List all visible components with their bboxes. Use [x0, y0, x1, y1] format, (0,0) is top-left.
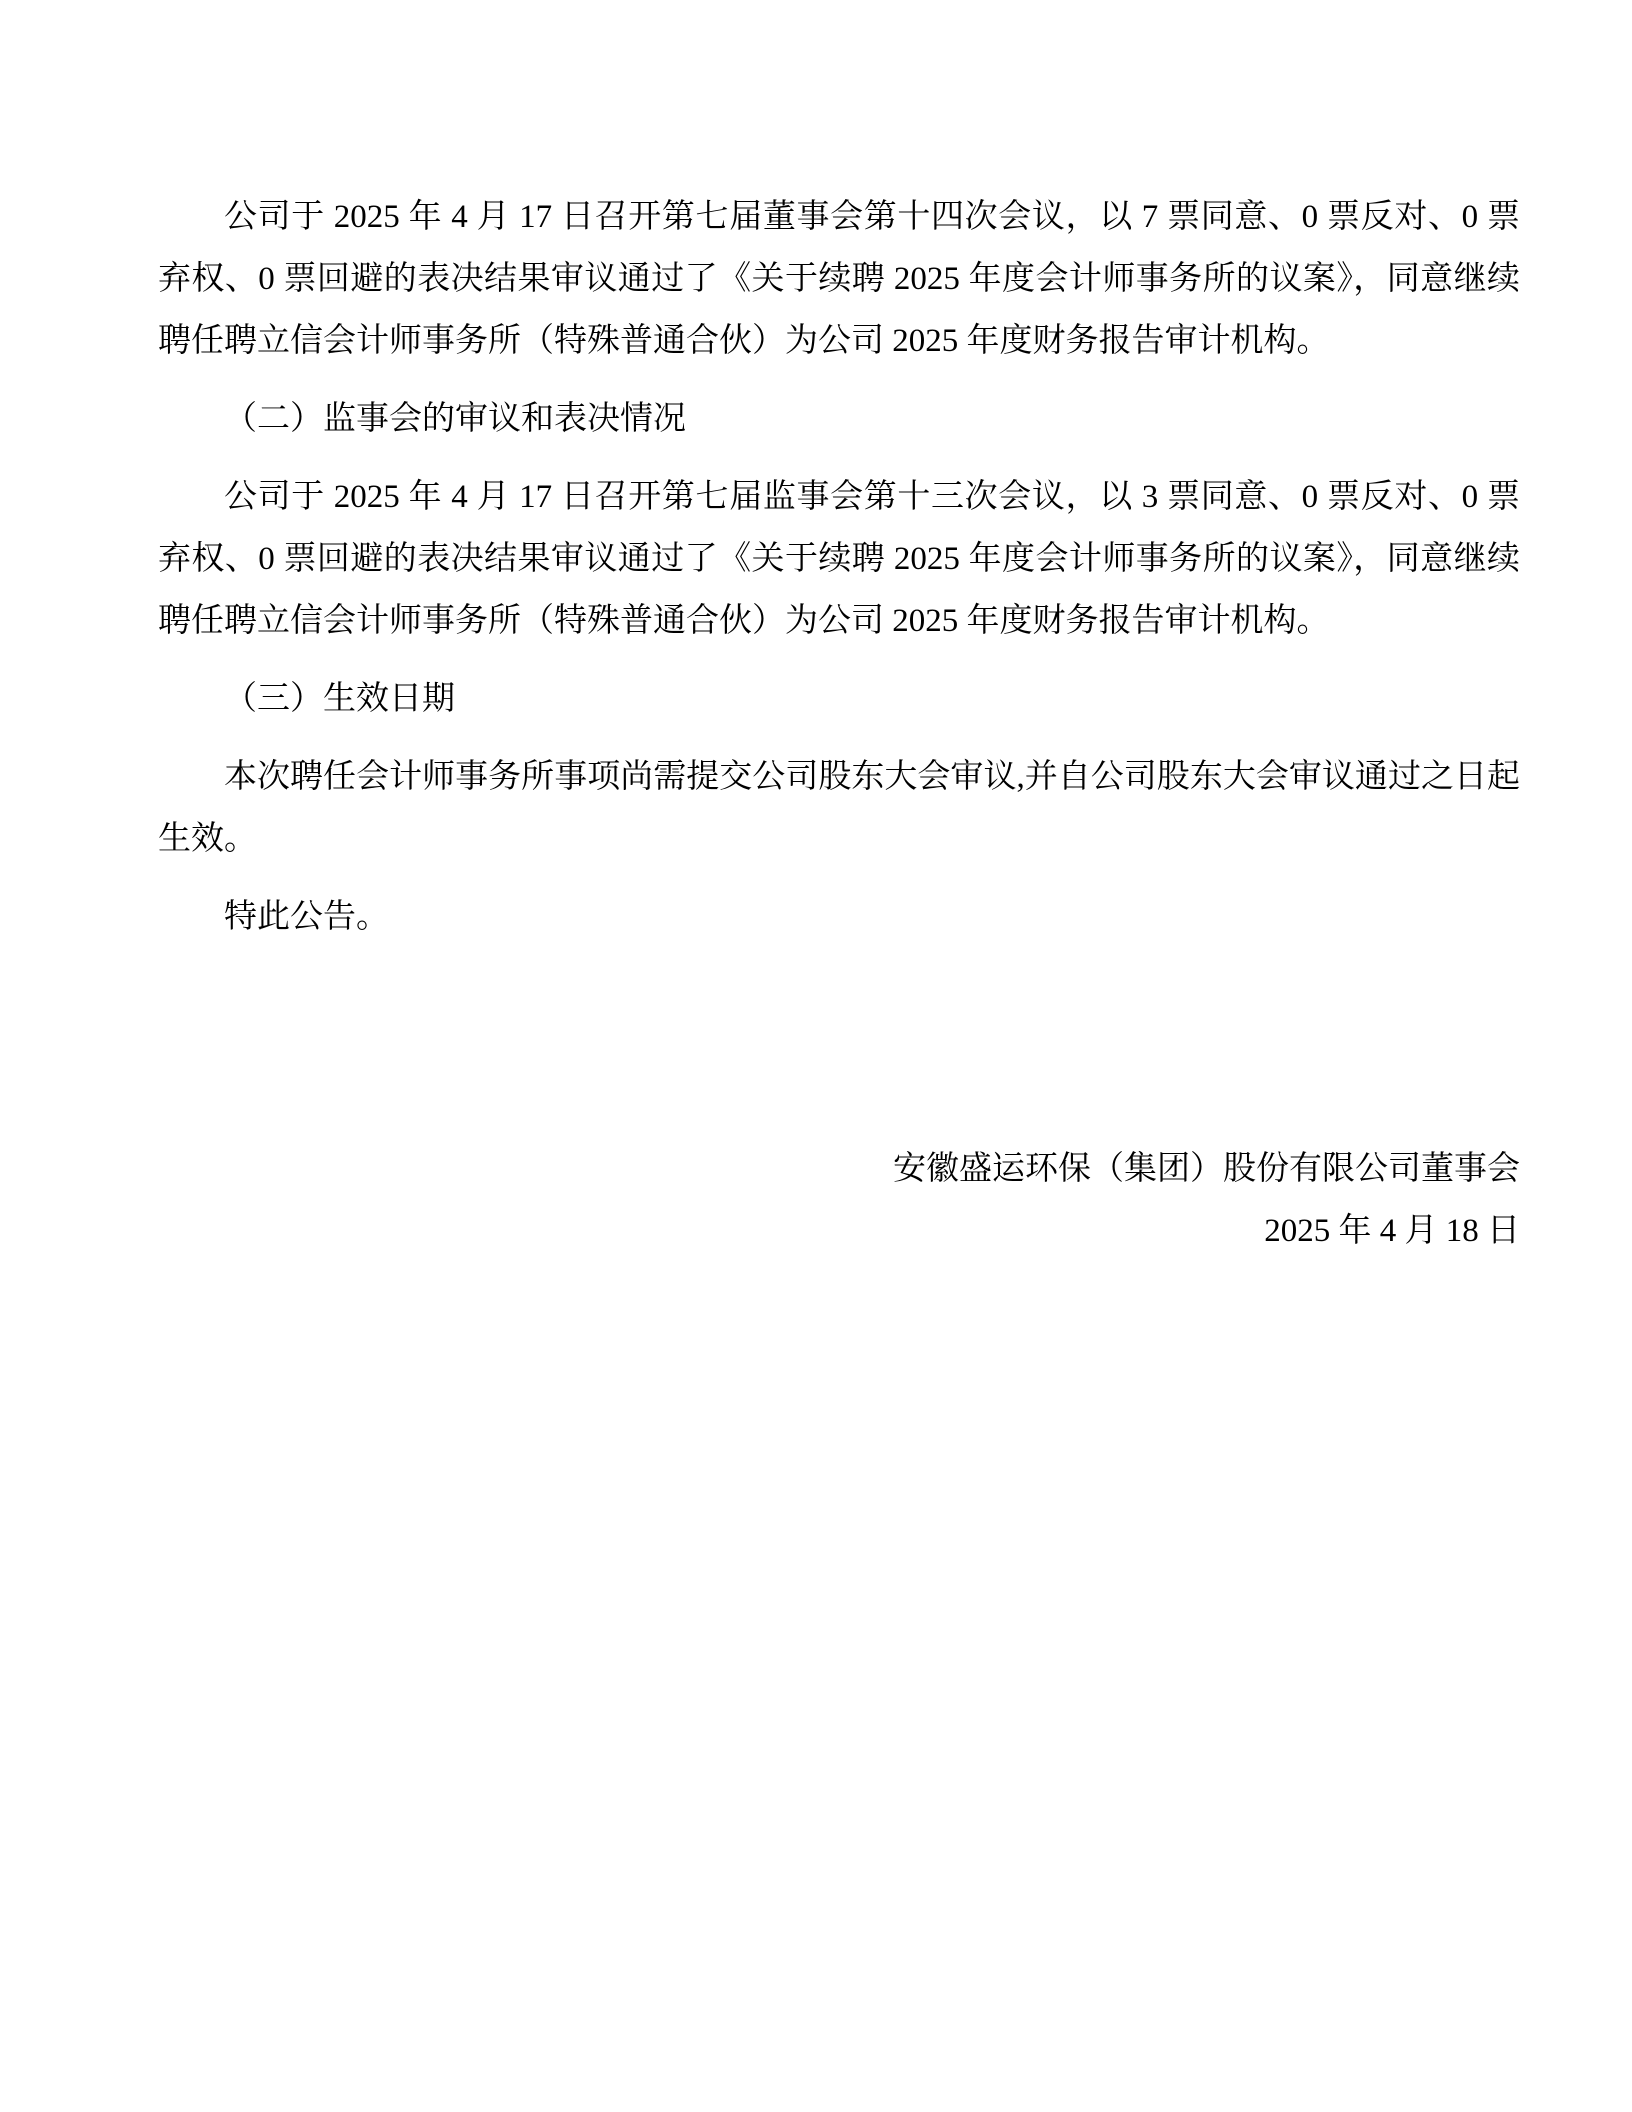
paragraph-supervisory-resolution: 公司于 2025 年 4 月 17 日召开第七届监事会第十三次会议，以 3 票同…: [158, 466, 1520, 652]
section-heading-supervisory-review: （二）监事会的审议和表决情况: [158, 388, 1520, 450]
paragraph-announcement-closing: 特此公告。: [158, 886, 1520, 948]
signature-company-line: 安徽盛运环保（集团）股份有限公司董事会: [158, 1138, 1520, 1200]
paragraph-effective-date: 本次聘任会计师事务所事项尚需提交公司股东大会审议,并自公司股东大会审议通过之日起…: [158, 746, 1520, 870]
document-page: 公司于 2025 年 4 月 17 日召开第七届董事会第十四次会议，以 7 票同…: [0, 0, 1632, 2112]
signature-block: 安徽盛运环保（集团）股份有限公司董事会 2025 年 4 月 18 日: [158, 1138, 1520, 1262]
signature-date-line: 2025 年 4 月 18 日: [158, 1200, 1520, 1262]
section-heading-effective-date: （三）生效日期: [158, 668, 1520, 730]
paragraph-board-resolution: 公司于 2025 年 4 月 17 日召开第七届董事会第十四次会议，以 7 票同…: [158, 186, 1520, 372]
